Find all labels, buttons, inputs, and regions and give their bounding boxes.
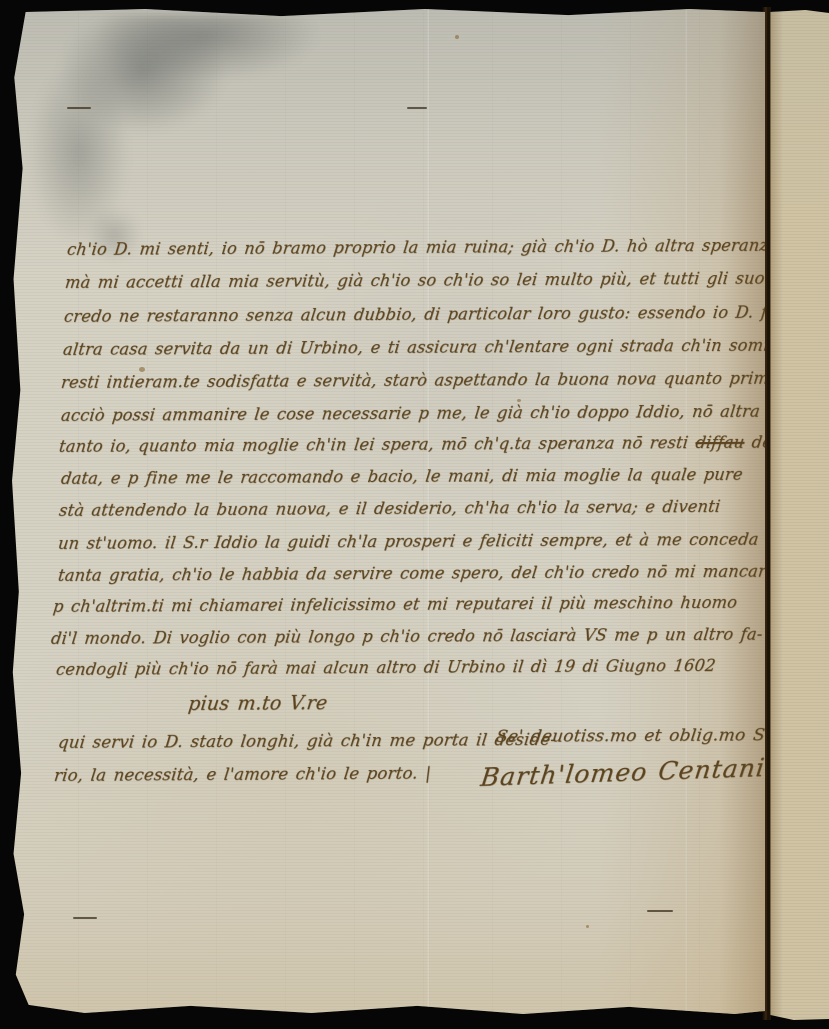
ink-dash (67, 107, 91, 109)
letter-line: data, e p fine me le raccomando e bacio,… (60, 465, 744, 488)
letter-line: resti intieram.te sodisfatta e servità, … (60, 369, 780, 392)
valediction: Se' deuotiss.mo et oblig.mo S.re (495, 725, 790, 747)
letter-line: tanto io, quanto mia moglie ch'in lei sp… (58, 432, 814, 456)
letter-line: cendogli più ch'io nō farà mai alcun alt… (55, 656, 717, 679)
letter-line: stà attendendo la buona nuova, e il desi… (58, 497, 721, 520)
letter-line: ch'io D. mi senti, io nō bramo proprio l… (66, 235, 829, 259)
letter-closing: pius m.to V.re (187, 692, 329, 715)
ink-dash (73, 917, 97, 919)
letter-line: credo ne restaranno senza alcun dubbio, … (63, 302, 804, 326)
fox-spot (586, 925, 589, 928)
letter-line: un st'uomo. il S.r Iddio la guidi ch'la … (57, 530, 760, 553)
letter-line: acciò possi ammanire le cose necessarie … (60, 401, 829, 425)
signature: Barth'lomeo Centani (479, 753, 767, 792)
adjacent-folio-edge (770, 9, 829, 1021)
grey-smudge-stain (27, 15, 317, 265)
fox-spot (455, 35, 459, 39)
letter-line: di'l mondo. Di voglio con più longo p ch… (50, 625, 764, 648)
letter-line: p ch'altrim.ti mi chiamarei infelicissim… (52, 593, 738, 616)
letter-line: altra casa servita da un di Urbino, e ti… (62, 336, 790, 359)
fox-spot (517, 399, 521, 402)
letter-line: mà mi accetti alla mia servitù, già ch'i… (64, 268, 829, 292)
letter-sheet: ch'io D. mi senti, io nō bramo proprio l… (9, 7, 765, 1015)
letter-line: tanta gratia, ch'io le habbia da servire… (57, 562, 777, 585)
postscript-line: rio, la necessità, e l'amore ch'io le po… (53, 764, 432, 785)
ink-dash (647, 910, 673, 912)
ink-dash (407, 107, 427, 109)
fox-spot (139, 367, 145, 372)
postscript-line: qui servi io D. stato longhi, già ch'in … (57, 730, 557, 752)
